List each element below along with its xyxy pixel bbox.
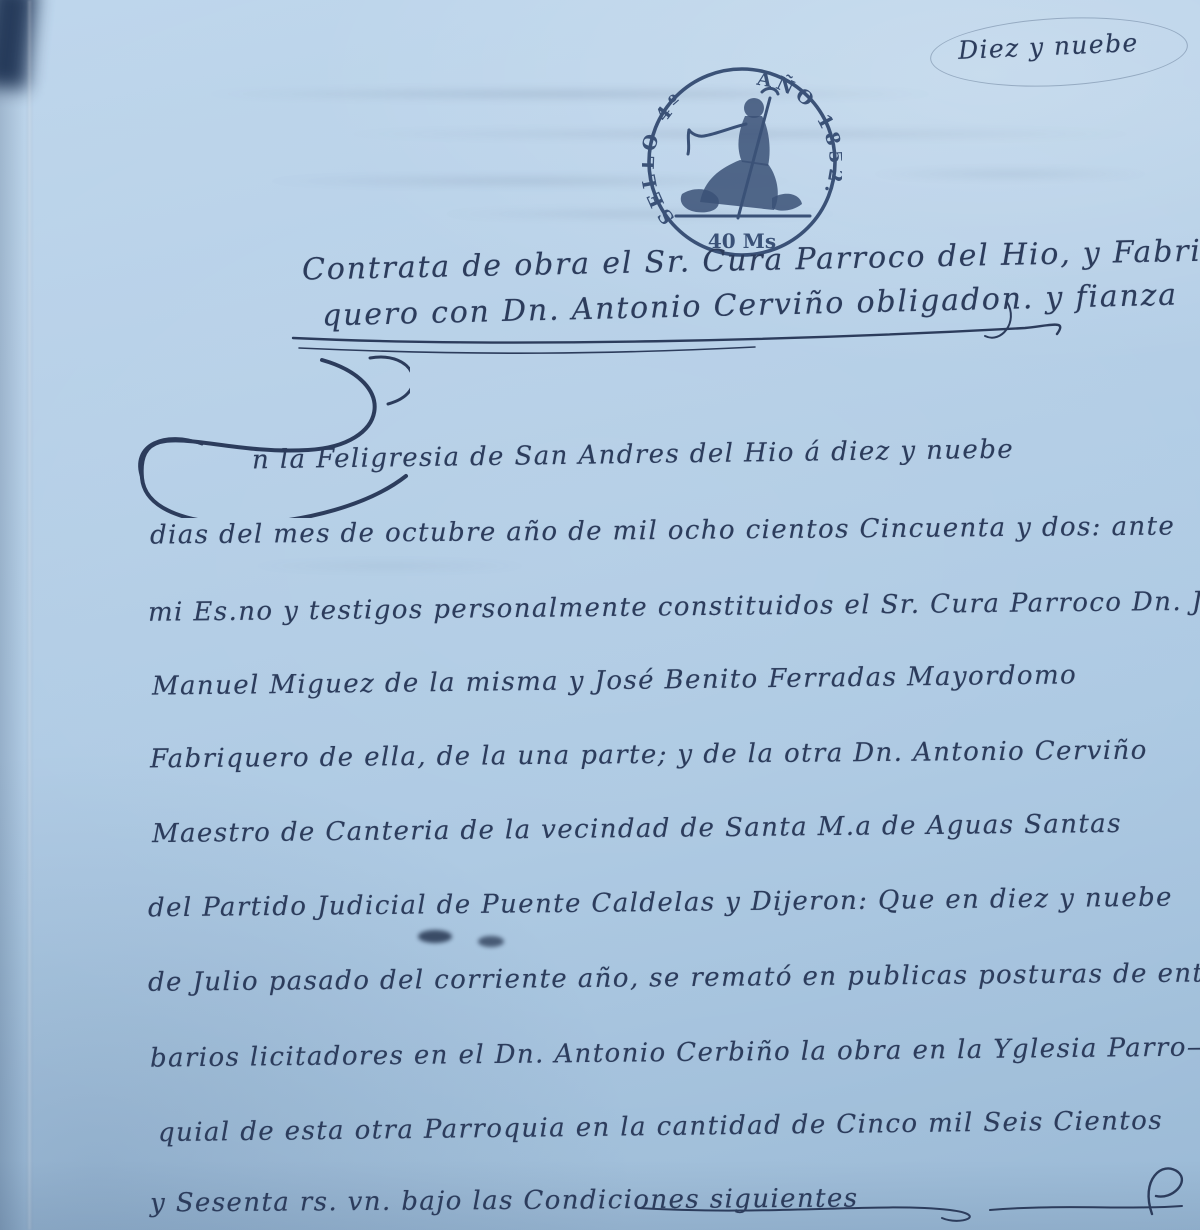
pen-loop-flourish [1128,1152,1198,1222]
ink-blot [478,936,504,947]
body-line: mi Es.no y testigos personalmente consti… [148,586,1200,628]
stamp-figure [676,88,810,218]
stamp-arc-left-text: SELLO 4º [642,88,689,229]
left-edge-shadow [0,0,26,1230]
bleedthrough-line [240,560,540,572]
body-line: Maestro de Canteria de la vecindad de Sa… [152,809,1122,849]
body-line: Manuel Miguez de la misma y José Benito … [152,660,1077,701]
body-line: de Julio pasado del corriente año, se re… [148,958,1200,997]
paper-crease [27,0,32,1230]
tax-stamp-seal: SELLO 4º AÑO 1852. 40 Ms [642,62,842,262]
body-line: quial de esta otra Parroquia en la canti… [158,1106,1163,1148]
document-photo: Diez y nuebe SELLO 4º AÑO 1852. 40 Ms [0,0,1200,1230]
body-line: barios licitadores en el Dn. Antonio Cer… [150,1032,1200,1073]
bleedthrough-line [860,168,1160,180]
closing-dash-flourish [630,1190,1190,1230]
body-line: del Partido Judicial de Puente Caldelas … [148,883,1173,924]
body-line: Fabriquero de ella, de la una parte; y d… [150,736,1148,775]
ornamental-initial-E [70,348,410,518]
ink-blot [418,930,452,943]
